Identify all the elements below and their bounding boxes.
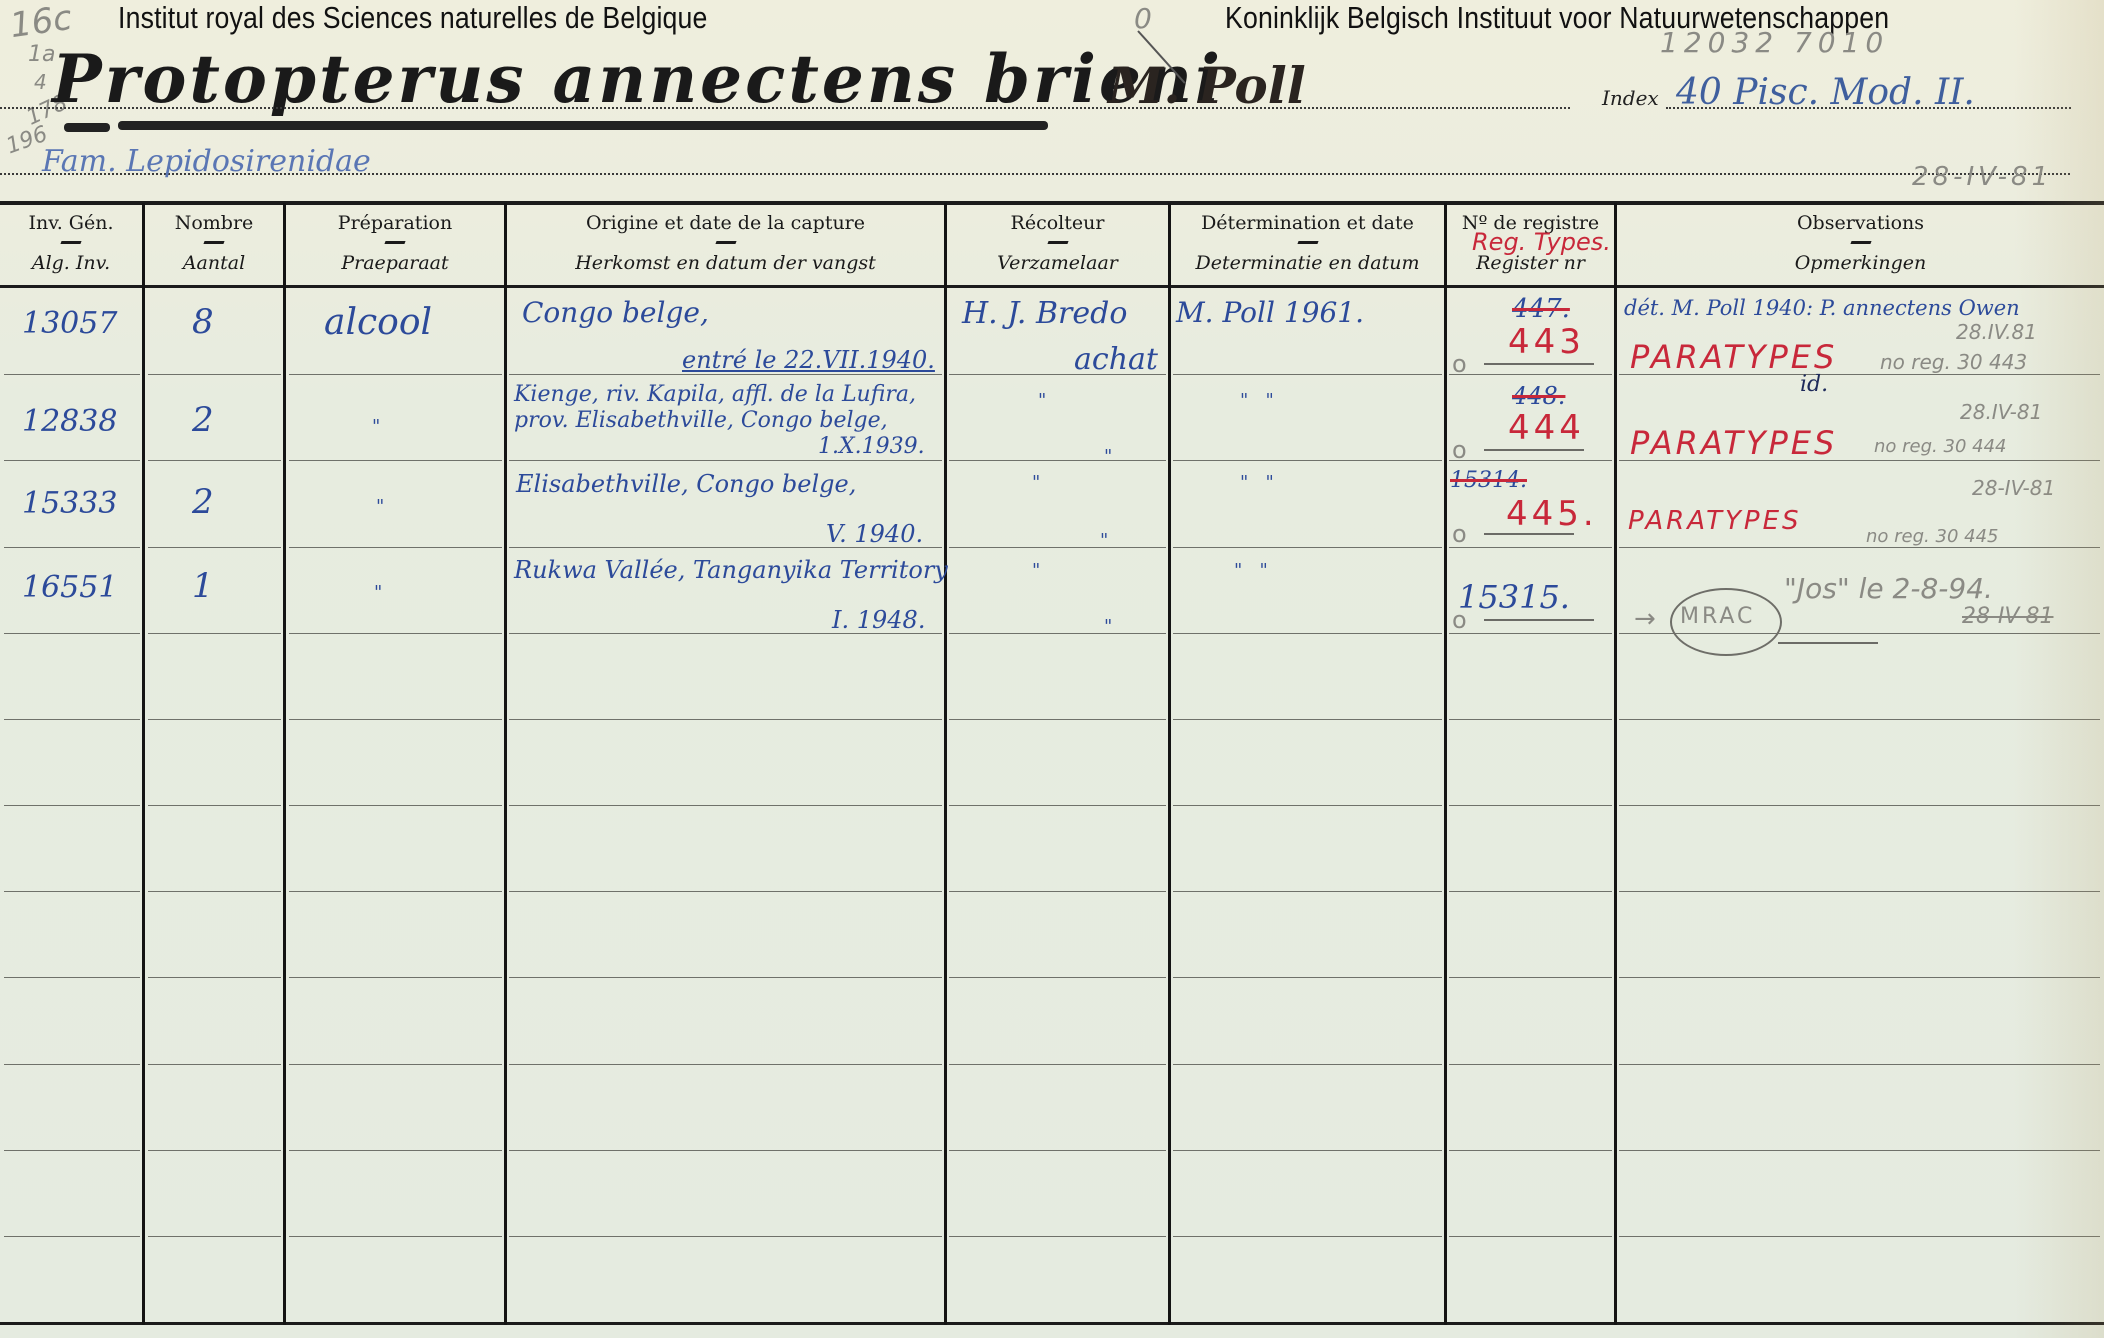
inv-number: 15333 <box>22 486 117 521</box>
row-separator <box>509 1236 942 1237</box>
row-separator <box>1173 460 1442 461</box>
row-separator <box>1173 1150 1442 1151</box>
row-separator <box>4 891 140 892</box>
register-old: 15314. <box>1450 468 1527 493</box>
row-separator <box>4 547 140 548</box>
collector-ditto: " <box>1032 472 1040 493</box>
pencil-circle-mark: o <box>1452 606 1467 634</box>
transfer-underline <box>1778 642 1878 644</box>
register-new: 443 <box>1508 322 1585 362</box>
origin: Rukwa Vallée, Tanganyika Territory <box>514 556 948 584</box>
row-separator <box>4 374 140 375</box>
preparation-ditto: " <box>372 416 380 437</box>
row-separator <box>1449 547 1612 548</box>
register-old: 448. <box>1512 382 1565 410</box>
row-separator <box>1449 1150 1612 1151</box>
collector-ditto: " <box>1032 560 1040 581</box>
row-separator <box>509 460 942 461</box>
origin-date: 1.X.1939. <box>818 434 925 459</box>
dotted-line-title <box>0 107 1570 109</box>
specimen-count: 8 <box>192 302 214 342</box>
row-separator <box>1619 891 2100 892</box>
col-header-observations: ObservationsOpmerkingen <box>1617 212 2104 274</box>
row-separator <box>949 1236 1166 1237</box>
observation-note: dét. M. Poll 1940: P. annectens Owen <box>1624 296 2020 320</box>
col-header-inv: Inv. Gén.Alg. Inv. <box>0 212 142 274</box>
row-separator <box>1619 1150 2100 1151</box>
observation-type: PARATYPES <box>1628 506 1802 536</box>
row-separator <box>949 1150 1166 1151</box>
col-header-collector: RécolteurVerzamelaar <box>947 212 1168 274</box>
collector-note-ditto: " <box>1100 530 1108 551</box>
origin: Elisabethville, Congo belge, <box>516 470 856 498</box>
register-underline <box>1484 363 1594 365</box>
row-separator <box>509 805 942 806</box>
header-bottom-rule <box>0 285 2104 288</box>
observation-mrac: MRAC <box>1680 604 1755 629</box>
family-name: Fam. Lepidosirenidae <box>42 144 371 179</box>
row-separator <box>1619 1064 2100 1065</box>
row-separator <box>1173 805 1442 806</box>
specimen-count: 2 <box>192 482 214 522</box>
row-separator <box>148 460 281 461</box>
observation-reg: no reg. 30 443 <box>1880 350 2027 374</box>
institute-name-fr: Institut royal des Sciences naturelles d… <box>118 0 708 36</box>
row-separator <box>1449 719 1612 720</box>
col-header-nl: Herkomst en datum der vangst <box>507 252 944 274</box>
row-separator <box>509 977 942 978</box>
col-header-fr: Origine et date de la capture <box>507 212 944 234</box>
pencil-circle-mark: o <box>1452 520 1467 548</box>
row-separator <box>1173 1236 1442 1237</box>
observation-reg: no reg. 30 445 <box>1866 526 1998 547</box>
observation-date: 28-IV-81 <box>1962 604 2054 629</box>
register-annotation: Reg. Types. <box>1472 228 1611 256</box>
row-separator <box>949 805 1166 806</box>
col-divider-7 <box>1614 203 1617 1325</box>
col-header-fr: Préparation <box>286 212 504 234</box>
register-underline <box>1484 533 1574 535</box>
collector: H. J. Bredo <box>962 296 1127 331</box>
col-header-nl: Praeparaat <box>286 252 504 274</box>
row-separator <box>289 805 502 806</box>
row-separator <box>1619 547 2100 548</box>
col-header-fr: Détermination et date <box>1171 212 1444 234</box>
row-separator <box>289 719 502 720</box>
col-header-fr: Observations <box>1617 212 2104 234</box>
row-separator <box>1619 977 2100 978</box>
row-separator <box>1173 719 1442 720</box>
col-header-nl: Aantal <box>145 252 283 274</box>
row-separator <box>1449 633 1612 634</box>
determination: M. Poll 1961. <box>1176 296 1364 329</box>
inv-number: 13057 <box>22 306 117 341</box>
pencil-circle-mark: o <box>1452 436 1467 464</box>
row-separator <box>949 633 1166 634</box>
observation-date: 28.IV-81 <box>1960 400 2042 424</box>
origin: Kienge, riv. Kapila, affl. de la Lufira, <box>514 382 916 407</box>
col-header-nl: Alg. Inv. <box>0 252 142 274</box>
col-divider-2 <box>283 203 286 1325</box>
row-separator <box>1449 891 1612 892</box>
origin-date: I. 1948. <box>832 606 925 634</box>
row-separator <box>509 719 942 720</box>
row-separator <box>148 1236 281 1237</box>
collector-note: achat <box>1074 342 1158 377</box>
register-old: 447. <box>1512 294 1570 324</box>
origin-line2: prov. Elisabethville, Congo belge, <box>514 408 888 433</box>
col-divider-3 <box>504 203 507 1325</box>
collector-note-ditto: " <box>1104 446 1112 467</box>
row-separator <box>289 977 502 978</box>
row-separator <box>289 1150 502 1151</box>
row-separator <box>949 1064 1166 1065</box>
row-separator <box>289 1064 502 1065</box>
observation-note: id. <box>1800 372 1828 397</box>
margin-note-4: 4 <box>34 70 47 94</box>
row-separator <box>1173 633 1442 634</box>
determination-ditto: " " <box>1240 390 1274 411</box>
row-separator <box>949 547 1166 548</box>
collector-ditto: " <box>1038 390 1046 411</box>
index-label: Index <box>1602 86 1659 110</box>
row-separator <box>4 460 140 461</box>
row-separator <box>148 891 281 892</box>
preparation-ditto: " <box>374 582 382 603</box>
crossed-mark: 0 <box>1134 2 1152 35</box>
observation-date: 28.IV.81 <box>1956 320 2037 344</box>
row-separator <box>148 374 281 375</box>
row-separator <box>1449 1064 1612 1065</box>
row-separator <box>148 1150 281 1151</box>
observation-transfer: "Jos" le 2-8-94. <box>1784 572 1993 605</box>
row-separator <box>949 719 1166 720</box>
row-separator <box>1173 977 1442 978</box>
row-separator <box>1173 547 1442 548</box>
specimen-count: 1 <box>192 566 214 606</box>
row-separator <box>1173 891 1442 892</box>
title-underline-left <box>64 123 110 132</box>
observation-type: PARATYPES <box>1630 338 1837 376</box>
col-divider-1 <box>142 203 145 1325</box>
origin-date: entré le 22.VII.1940. <box>682 346 935 374</box>
row-separator <box>1449 374 1612 375</box>
row-separator <box>1173 374 1442 375</box>
row-separator <box>289 460 502 461</box>
register-underline <box>1484 619 1594 621</box>
row-separator <box>1449 977 1612 978</box>
row-separator <box>4 719 140 720</box>
register-new: 445. <box>1506 494 1598 534</box>
row-separator <box>148 633 281 634</box>
determination-ditto: " " <box>1240 472 1274 493</box>
row-separator <box>4 633 140 634</box>
row-separator <box>148 1064 281 1065</box>
register-underline <box>1484 449 1584 451</box>
row-separator <box>509 891 942 892</box>
row-separator <box>4 977 140 978</box>
row-separator <box>148 547 281 548</box>
inv-number: 12838 <box>22 404 117 439</box>
col-header-fr: Inv. Gén. <box>0 212 142 234</box>
row-separator <box>509 1064 942 1065</box>
row-separator <box>1449 1236 1612 1237</box>
row-separator <box>4 1236 140 1237</box>
catalog-number: 12032 7010 <box>1660 26 1889 59</box>
specimen-count: 2 <box>192 400 214 440</box>
arrow-icon: → <box>1634 604 1656 634</box>
pencil-circle-mark: o <box>1452 350 1467 378</box>
col-header-nl: Opmerkingen <box>1617 252 2104 274</box>
row-separator <box>289 633 502 634</box>
row-separator <box>148 805 281 806</box>
preparation: alcool <box>324 302 432 343</box>
register-new: 444 <box>1508 408 1585 448</box>
row-separator <box>148 977 281 978</box>
observation-reg: no reg. 30 444 <box>1874 436 2006 457</box>
origin: Congo belge, <box>522 296 709 329</box>
col-header-nl: Determinatie en datum <box>1171 252 1444 274</box>
table-bottom-rule <box>0 1322 2104 1325</box>
row-separator <box>4 1150 140 1151</box>
col-header-count: NombreAantal <box>145 212 283 274</box>
row-separator <box>1173 1064 1442 1065</box>
row-separator <box>1619 805 2100 806</box>
row-separator <box>289 547 502 548</box>
col-divider-6 <box>1444 203 1447 1325</box>
col-header-determination: Détermination et dateDeterminatie en dat… <box>1171 212 1444 274</box>
origin-date: V. 1940. <box>826 520 923 548</box>
row-separator <box>949 891 1166 892</box>
row-separator <box>949 977 1166 978</box>
col-header-fr: Récolteur <box>947 212 1168 234</box>
row-separator <box>1449 805 1612 806</box>
row-separator <box>949 460 1166 461</box>
index-value: 40 Pisc. Mod. II. <box>1676 72 1975 113</box>
row-separator <box>509 374 942 375</box>
register-new: 15315. <box>1458 578 1570 616</box>
index-card: Institut royal des Sciences naturelles d… <box>0 0 2104 1338</box>
row-separator <box>1619 719 2100 720</box>
row-separator <box>1619 1236 2100 1237</box>
col-header-origin: Origine et date de la captureHerkomst en… <box>507 212 944 274</box>
row-separator <box>1449 460 1612 461</box>
row-separator <box>509 1150 942 1151</box>
col-header-preparation: PréparationPraeparaat <box>286 212 504 274</box>
col-divider-4 <box>944 203 947 1325</box>
collector-note-ditto: " <box>1104 616 1112 637</box>
col-divider-5 <box>1168 203 1171 1325</box>
row-separator <box>289 374 502 375</box>
inv-number: 16551 <box>22 570 117 605</box>
preparation-ditto: " <box>376 496 384 517</box>
pencil-date: 28-IV-81 <box>1912 162 2052 192</box>
row-separator <box>148 719 281 720</box>
determination-ditto: " " <box>1234 560 1268 581</box>
observation-date: 28-IV-81 <box>1972 476 2055 500</box>
col-header-fr: Nombre <box>145 212 283 234</box>
row-separator <box>289 1236 502 1237</box>
title-underline <box>118 121 1048 130</box>
col-header-nl: Verzamelaar <box>947 252 1168 274</box>
table-top-rule <box>0 201 2104 205</box>
row-separator <box>289 891 502 892</box>
row-separator <box>4 805 140 806</box>
row-separator <box>4 1064 140 1065</box>
observation-type: PARATYPES <box>1630 424 1837 462</box>
